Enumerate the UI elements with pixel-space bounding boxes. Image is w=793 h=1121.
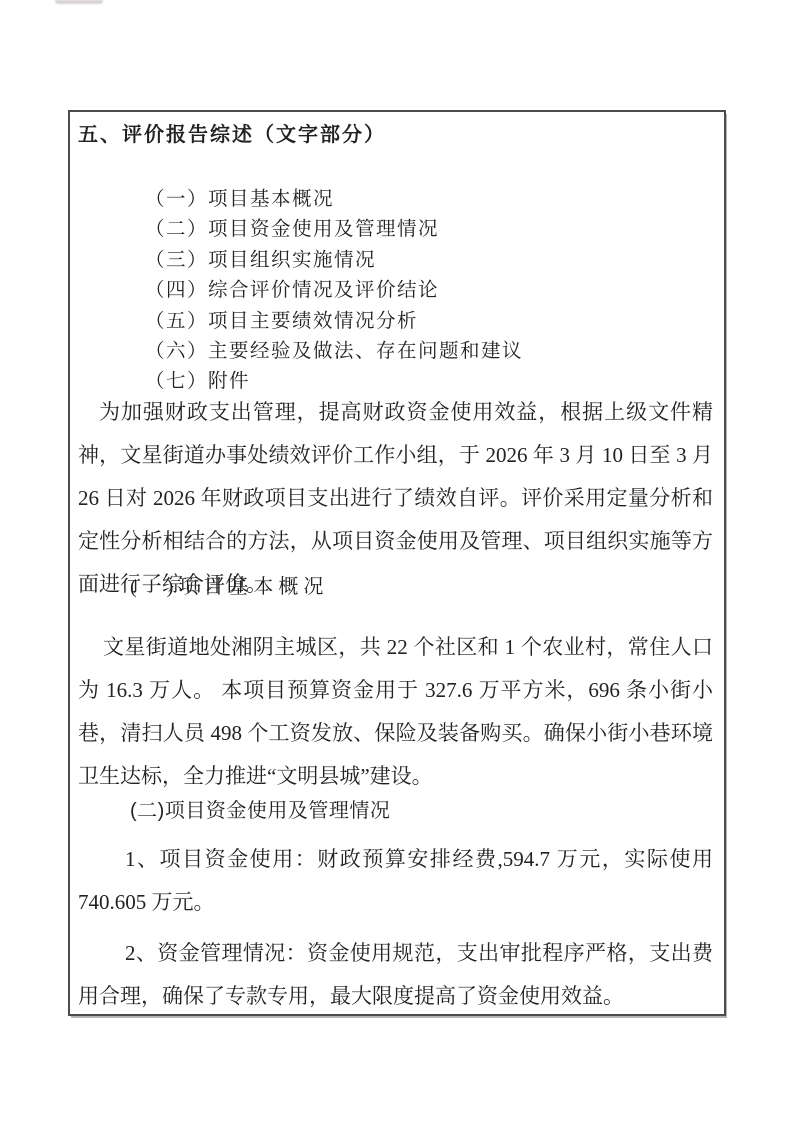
section-2-item-2: 2、资金管理情况：资金使用规范，支出审批程序严格，支出费用合理，确保了专款专用，… xyxy=(78,932,713,1016)
toc-item: （二）项目资金使用及管理情况 xyxy=(145,215,713,245)
table-of-contents: （一）项目基本概况 （二）项目资金使用及管理情况 （三）项目组织实施情况 （四）… xyxy=(78,185,713,398)
toc-item: （四）综合评价情况及评价结论 xyxy=(145,276,713,306)
document-page: { "document": { "title": "五、评价报告综述（文字部分）… xyxy=(0,0,793,1121)
toc-item: （三）项目组织实施情况 xyxy=(145,246,713,276)
section-2-item-1: 1、项目资金使用：财政预算安排经费,594.7 万元，实际使用 740.605 … xyxy=(78,838,713,924)
section-2-heading: (二)项目资金使用及管理情况 xyxy=(78,798,713,824)
page-title: 五、评价报告综述（文字部分） xyxy=(78,122,713,148)
section-1-paragraph: 文星街道地处湘阴主城区，共 22 个社区和 1 个农业村，常住人口为 16.3 … xyxy=(78,626,713,798)
toc-item: （一）项目基本概况 xyxy=(145,185,713,215)
toc-item: （五）项目主要绩效情况分析 xyxy=(145,307,713,337)
section-1-heading: (一)项目基本概况 xyxy=(78,574,713,600)
report-border-box: 五、评价报告综述（文字部分） （一）项目基本概况 （二）项目资金使用及管理情况 … xyxy=(68,110,726,1016)
scan-artifact xyxy=(55,0,103,4)
toc-item: （六）主要经验及做法、存在问题和建议 xyxy=(145,337,713,367)
